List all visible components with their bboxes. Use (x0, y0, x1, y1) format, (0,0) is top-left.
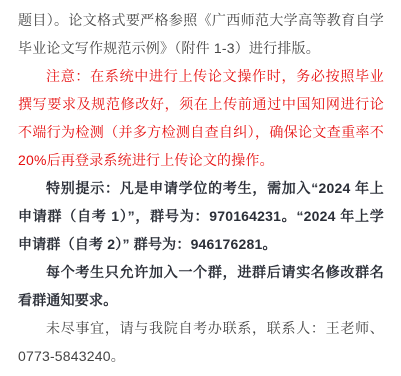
format-requirements-line-1: 题目）。论文格式要严格参照《广西师范大学高等教育自学考试 (18, 6, 384, 34)
warning-paragraph-line-4: 20%后再登录系统进行上传论文的操作。 (18, 146, 384, 174)
group-rule-line-2: 看群通知要求。 (18, 286, 384, 314)
special-tip-line-3: 申请群（自考 2）” 群号为：946176281。 (18, 230, 384, 258)
format-requirements-line-2: 毕业论文写作规范示例》（附件 1-3）进行排版。 (18, 34, 384, 62)
special-tip-line-1: 特别提示：凡是申请学位的考生，需加入“2024 年上学位 (18, 174, 384, 202)
special-tip-line-2: 申请群（自考 1）”，群号为：970164231。“2024 年上学位 (18, 202, 384, 230)
group-rule-line-1: 每个考生只允许加入一个群，进群后请实名修改群名片，查 (18, 258, 384, 286)
contact-info-line-1: 未尽事宜，请与我院自考办联系，联系人：王老师、吴老师， (18, 314, 384, 342)
warning-paragraph-line-3: 不端行为检测（并多方检测自查自纠），确保论文查重率不超过 (18, 118, 384, 146)
contact-info-line-2: 0773-5843240。 (18, 342, 384, 370)
document-page: 题目）。论文格式要严格参照《广西师范大学高等教育自学考试 毕业论文写作规范示例》… (0, 0, 401, 376)
warning-paragraph-line-1: 注意：在系统中进行上传论文操作时，务必按照毕业论文 (18, 62, 384, 90)
warning-paragraph-line-2: 撰写要求及规范修改好，须在上传前通过中国知网进行论文学术 (18, 90, 384, 118)
